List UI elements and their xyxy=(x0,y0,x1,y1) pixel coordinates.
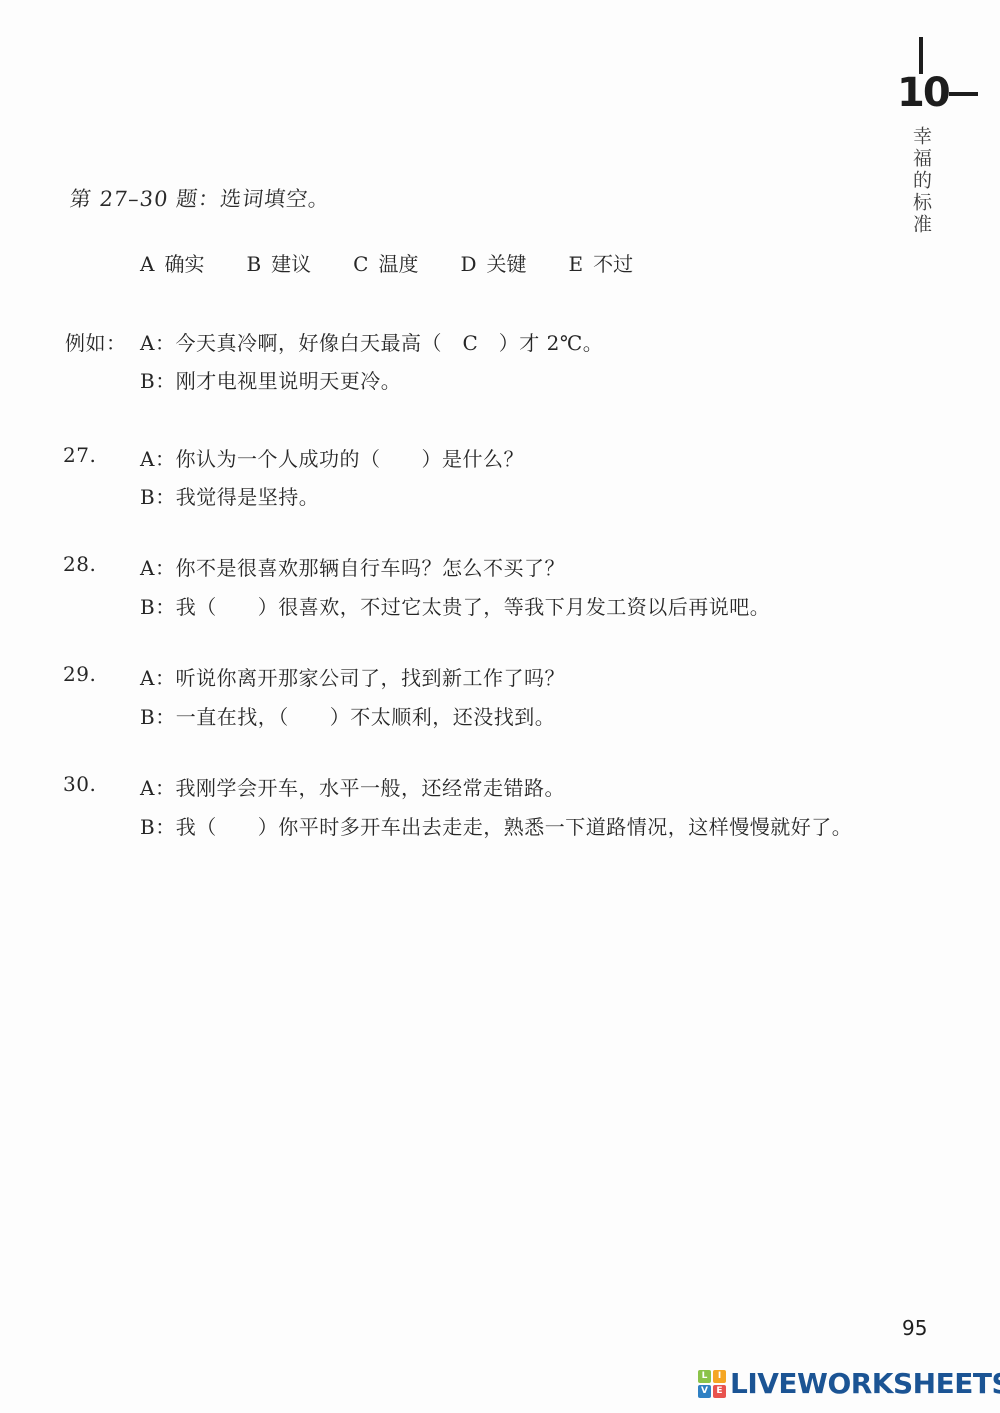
question-28-line-b: B：我（ ）很喜欢，不过它太贵了，等我下月发工资以后再说吧。 xyxy=(140,591,770,620)
word-bank-option-d: D关键 xyxy=(460,248,526,277)
logo-tile-i: I xyxy=(713,1370,726,1383)
word-bank: A确实 B建议 C温度 D关键 E不过 xyxy=(140,248,633,277)
option-word: 不过 xyxy=(593,252,633,276)
question-30-line-b: B：我（ ）你平时多开车出去走走，熟悉一下道路情况，这样慢慢就好了。 xyxy=(140,811,852,840)
question-29-line-b: B：一直在找，（ ）不太顺利，还没找到。 xyxy=(140,701,555,730)
chapter-title-vertical: 幸福的标准 xyxy=(908,126,935,236)
word-bank-option-a: A确实 xyxy=(140,248,204,277)
question-27-line-b: B：我觉得是坚持。 xyxy=(140,481,319,510)
option-word: 温度 xyxy=(378,252,418,276)
option-letter: A xyxy=(140,252,154,276)
question-28-line-a: A：你不是很喜欢那辆自行车吗？怎么不买了？ xyxy=(140,552,565,581)
example-line-b: B：刚才电视里说明天更冷。 xyxy=(140,365,401,394)
question-27-line-a: A：你认为一个人成功的（ ）是什么？ xyxy=(140,443,524,472)
page-number: 95 xyxy=(902,1316,927,1340)
liveworksheets-tiles-icon: L I V E xyxy=(698,1370,726,1398)
chapter-number: 10 xyxy=(897,70,947,116)
section-heading: 第 27–30 题：选词填空。 xyxy=(68,183,331,213)
chapter-tick-line xyxy=(919,37,923,74)
chapter-dash-line xyxy=(949,92,978,96)
option-letter: D xyxy=(460,252,476,276)
option-letter: B xyxy=(246,252,261,276)
word-bank-option-c: C温度 xyxy=(353,248,418,277)
example-label: 例如： xyxy=(65,327,127,356)
option-word: 确实 xyxy=(164,252,204,276)
question-30-number: 30. xyxy=(63,772,96,796)
option-word: 建议 xyxy=(271,252,311,276)
question-29-line-a: A：听说你离开那家公司了，找到新工作了吗？ xyxy=(140,662,565,691)
question-28-number: 28. xyxy=(63,552,96,576)
worksheet-page: 10 幸福的标准 第 27–30 题：选词填空。 A确实 B建议 C温度 D关键… xyxy=(0,0,1000,1413)
liveworksheets-logo[interactable]: L I V E LIVEWORKSHEETS xyxy=(698,1367,1000,1400)
word-bank-option-b: B建议 xyxy=(246,248,311,277)
word-bank-option-e: E不过 xyxy=(569,248,634,277)
question-27-number: 27. xyxy=(63,443,96,467)
option-word: 关键 xyxy=(487,252,527,276)
question-30-line-a: A：我刚学会开车，水平一般，还经常走错路。 xyxy=(140,772,565,801)
logo-tile-e: E xyxy=(713,1385,726,1398)
liveworksheets-wordmark: LIVEWORKSHEETS xyxy=(730,1367,1000,1400)
question-29-number: 29. xyxy=(63,662,96,686)
option-letter: E xyxy=(569,252,584,276)
logo-tile-l: L xyxy=(698,1370,711,1383)
example-line-a: A：今天真冷啊，好像白天最高（ C ）才 2℃。 xyxy=(140,327,603,356)
logo-tile-v: V xyxy=(698,1385,711,1398)
option-letter: C xyxy=(353,252,368,276)
